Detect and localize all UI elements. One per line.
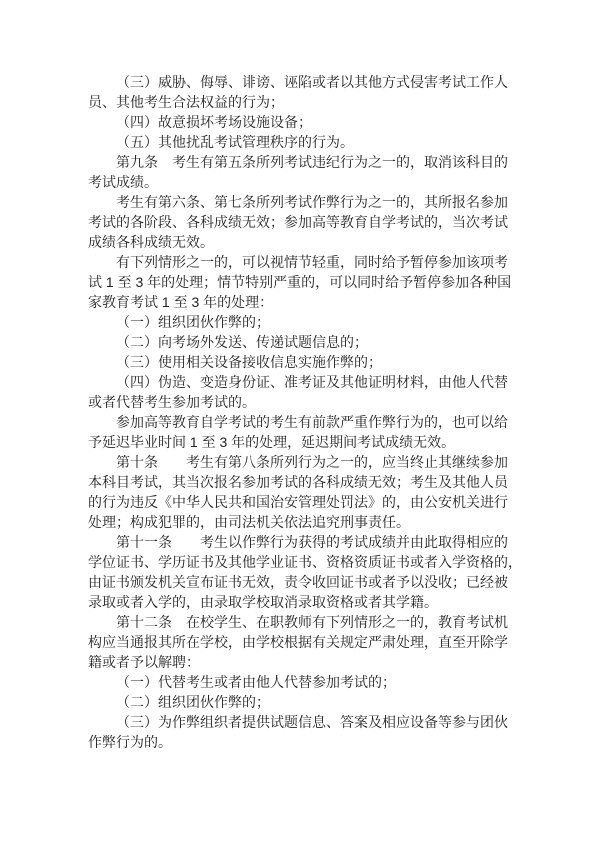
text-line: （三）使用相关设备接收信息实施作弊的； [88, 352, 508, 372]
text-line: （二）向考场外发送、传递试题信息的； [88, 332, 508, 352]
text-line: （四）故意损坏考场设施设备； [88, 112, 508, 132]
text-line: 考试成绩。 [88, 172, 508, 192]
text-line: 第九条 考生有第五条所列考试违纪行为之一的，取消该科目的 [88, 152, 508, 172]
text-line: 成绩各科成绩无效。 [88, 232, 508, 252]
text-line: 第十一条 考生以作弊行为获得的考试成绩并由此取得相应的 [88, 532, 508, 552]
text-line: 录取或者入学的，由录取学校取消录取资格或者其学籍。 [88, 592, 508, 612]
document-page: （三）威胁、侮辱、诽谤、诬陷或者以其他方式侵害考试工作人员、其他考生合法权益的行… [0, 0, 595, 842]
text-line: 构应当通报其所在学校，由学校根据有关规定严肃处理，直至开除学 [88, 632, 508, 652]
text-line: 有下列情形之一的，可以视情节轻重，同时给予暂停参加该项考 [88, 252, 508, 272]
text-line: 或者代替考生参加考试的。 [88, 392, 508, 412]
text-line: 学位证书、学历证书及其他学业证书、资格资质证书或者入学资格的， [88, 552, 508, 572]
text-line: 由证书颁发机关宣布证书无效，责令收回证书或者予以没收；已经被 [88, 572, 508, 592]
text-line: （四）伪造、变造身份证、准考证及其他证明材料，由他人代替 [88, 372, 508, 392]
text-line: 员、其他考生合法权益的行为； [88, 92, 508, 112]
text-line: （三）为作弊组织者提供试题信息、答案及相应设备等参与团伙 [88, 712, 508, 732]
text-line: 籍或者予以解聘： [88, 652, 508, 672]
text-line: 考试的各阶段、各科成绩无效；参加高等教育自学考试的，当次考试 [88, 212, 508, 232]
text-line: 作弊行为的。 [88, 732, 508, 752]
text-line: （五）其他扰乱考试管理秩序的行为。 [88, 132, 508, 152]
text-line: 试 1 至 3 年的处理；情节特别严重的，可以同时给予暂停参加各种国 [88, 272, 508, 292]
text-line: （三）威胁、侮辱、诽谤、诬陷或者以其他方式侵害考试工作人 [88, 72, 508, 92]
text-line: （二）组织团伙作弊的； [88, 692, 508, 712]
text-line: 的行为违反《中华人民共和国治安管理处罚法》的，由公安机关进行 [88, 492, 508, 512]
text-line: 家教育考试 1 至 3 年的处理： [88, 292, 508, 312]
text-line: 本科目考试，其当次报名参加考试的各科成绩无效；考生及其他人员 [88, 472, 508, 492]
text-line: 考生有第六条、第七条所列考试作弊行为之一的，其所报名参加 [88, 192, 508, 212]
text-line: （一）代替考生或者由他人代替参加考试的； [88, 672, 508, 692]
text-line: 处理；构成犯罪的，由司法机关依法追究刑事责任。 [88, 512, 508, 532]
text-line: 第十条 考生有第八条所列行为之一的，应当终止其继续参加 [88, 452, 508, 472]
text-line: 第十二条 在校学生、在职教师有下列情形之一的，教育考试机 [88, 612, 508, 632]
text-line: 参加高等教育自学考试的考生有前款严重作弊行为的，也可以给 [88, 412, 508, 432]
document-text-block: （三）威胁、侮辱、诽谤、诬陷或者以其他方式侵害考试工作人员、其他考生合法权益的行… [88, 72, 508, 752]
text-line: 予延迟毕业时间 1 至 3 年的处理，延迟期间考试成绩无效。 [88, 432, 508, 452]
text-line: （一）组织团伙作弊的； [88, 312, 508, 332]
